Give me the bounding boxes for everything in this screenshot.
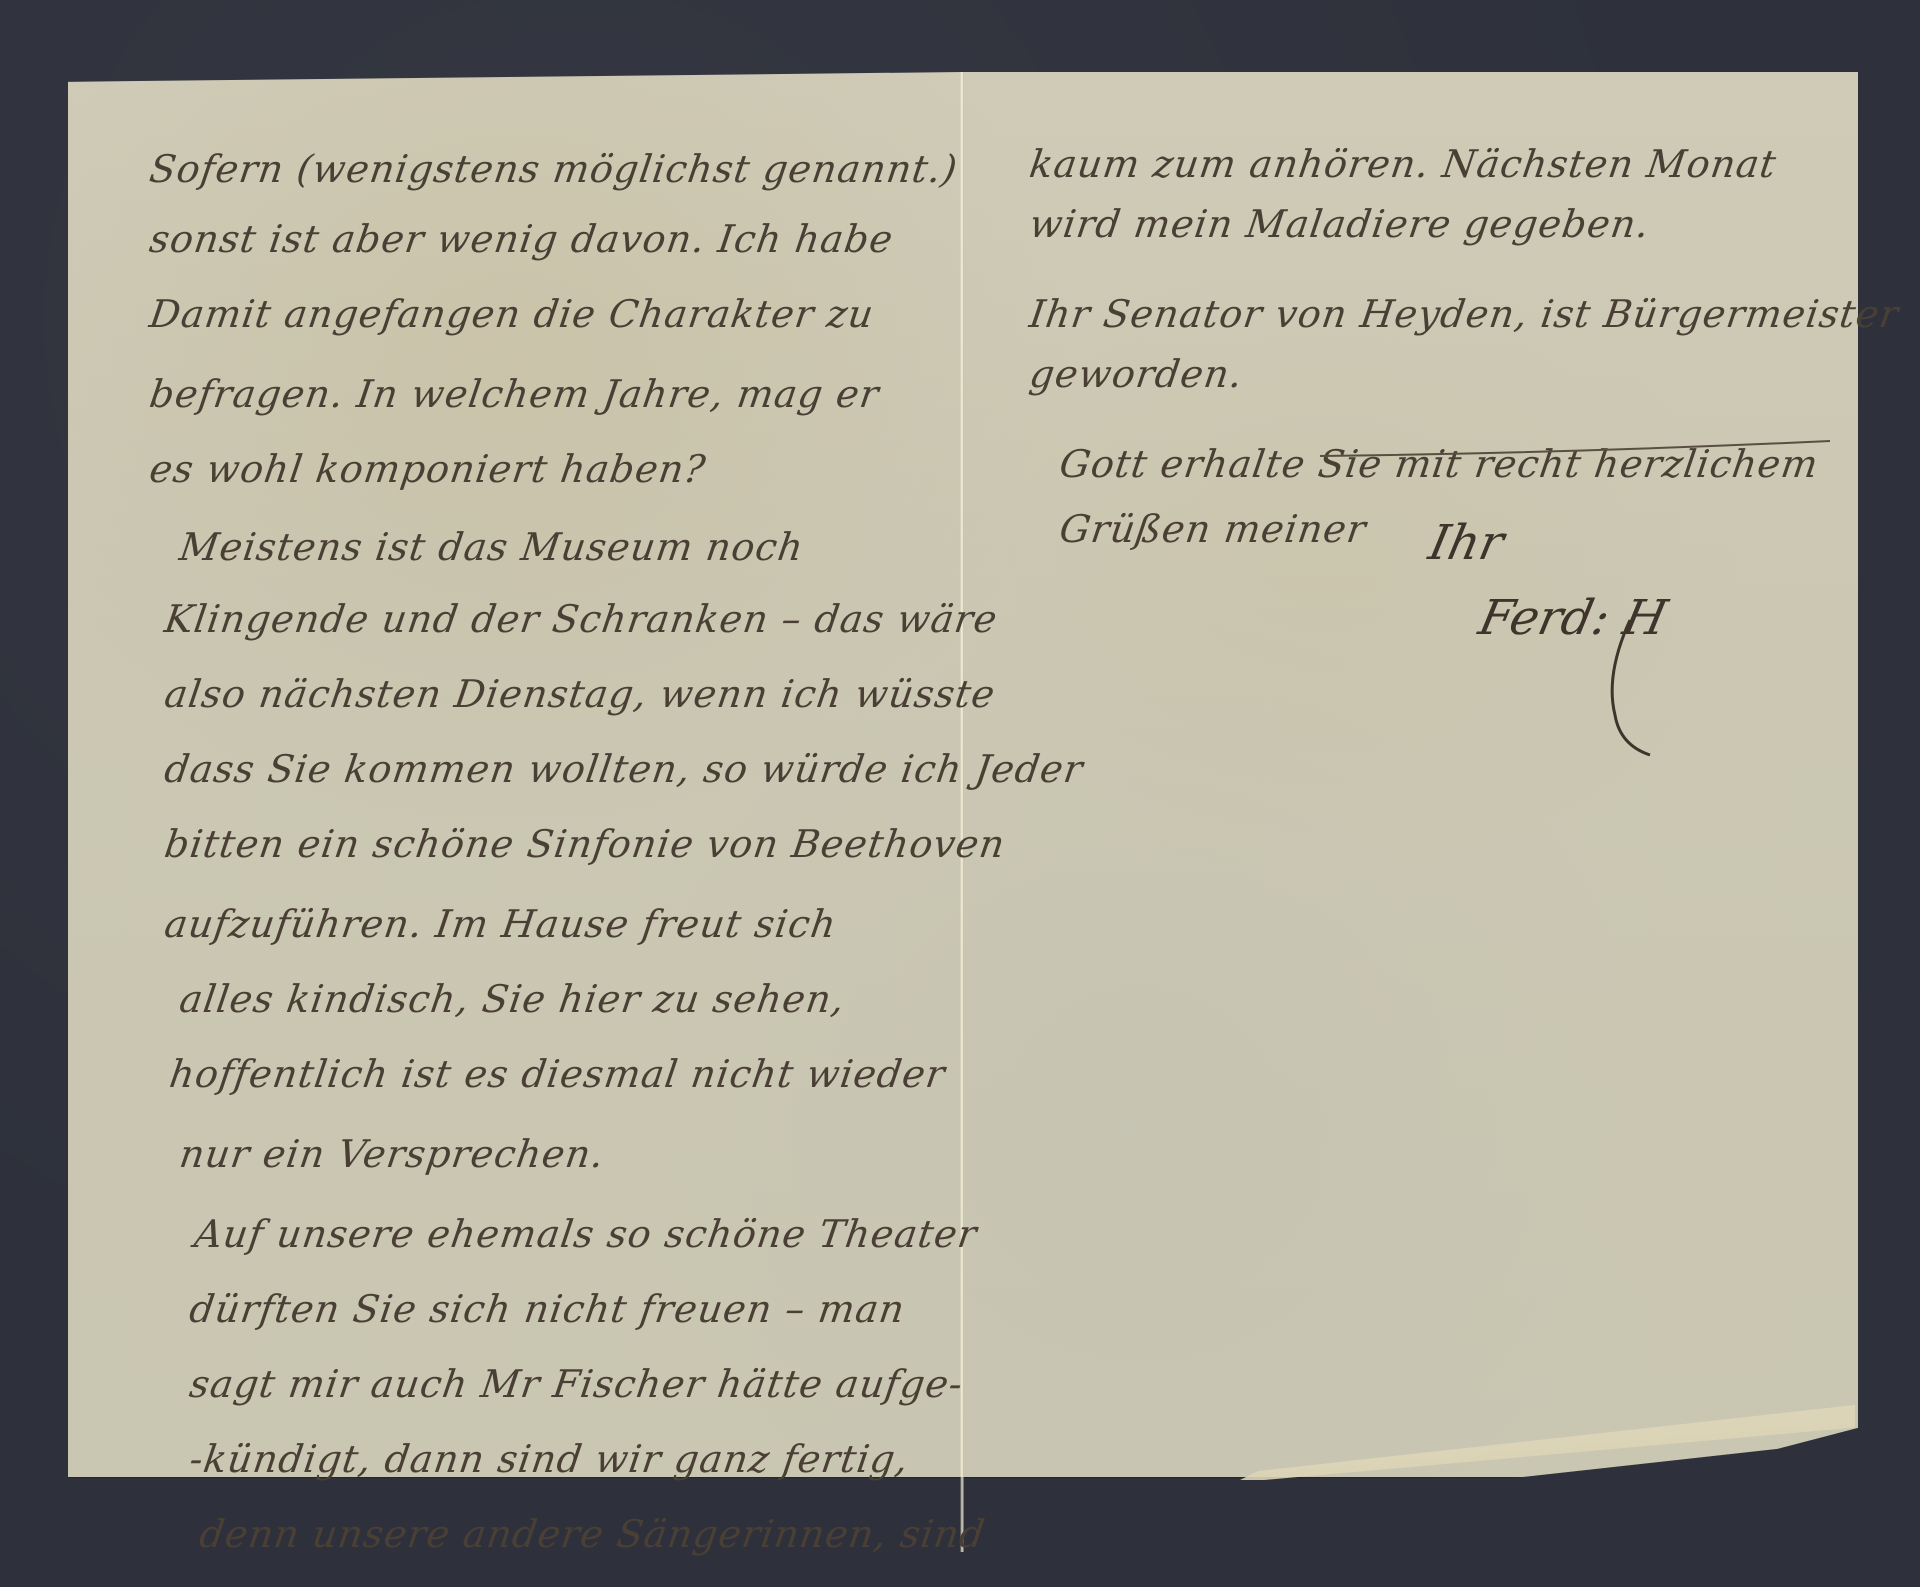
letter-line: denn unsere andere Sängerinnen, sind <box>197 1515 987 1553</box>
line-flourish-icon <box>1320 431 1840 471</box>
letter-line: Klingende und der Schranken – das wäre <box>162 600 1000 638</box>
letter-line: Damit angefangen die Charakter zu <box>147 295 876 333</box>
letter-line: bitten ein schöne Sinfonie von Beethoven <box>162 825 1007 863</box>
letter-line: Sofern (wenigstens möglichst genannt.) <box>147 150 960 188</box>
letter-line: sonst ist aber wenig davon. Ich habe <box>147 220 896 258</box>
letter-line: nur ein Versprechen. <box>177 1135 607 1173</box>
letter-line: es wohl komponiert haben? <box>147 450 708 488</box>
letter-line: wird mein Maladiere gegeben. <box>1027 205 1652 243</box>
letter-line: dass Sie kommen wollten, so würde ich Je… <box>162 750 1085 788</box>
letter-line: also nächsten Dienstag, wenn ich wüsste <box>162 675 998 713</box>
letter-line: sagt mir auch Mr Fischer hätte aufge- <box>187 1365 965 1403</box>
letter-line: kaum zum anhören. Nächsten Monat <box>1027 145 1779 183</box>
center-fold <box>960 72 964 1552</box>
letter-line: alles kindisch, Sie hier zu sehen, <box>177 980 847 1018</box>
letter-line: Auf unsere ehemals so schöne Theater <box>192 1215 979 1253</box>
letter-line: dürften Sie sich nicht freuen – man <box>187 1290 907 1328</box>
letter-line: Meistens ist das Museum noch <box>177 528 806 566</box>
letter-line: befragen. In welchem Jahre, mag er <box>147 375 881 413</box>
signature-flourish-icon <box>1590 615 1670 765</box>
letter-line: Grüßen meiner <box>1057 510 1369 548</box>
letter-line: -kündigt, dann sind wir ganz fertig, <box>187 1440 911 1478</box>
letter-line: hoffentlich ist es diesmal nicht wieder <box>167 1055 948 1093</box>
letter-line: Ihr Senator von Heyden, ist Bürgermeiste… <box>1027 295 1901 333</box>
letter-line: aufzuführen. Im Hause freut sich <box>162 905 839 943</box>
letter-line: geworden. <box>1027 355 1245 393</box>
signature-closing: Ihr <box>1424 515 1509 571</box>
